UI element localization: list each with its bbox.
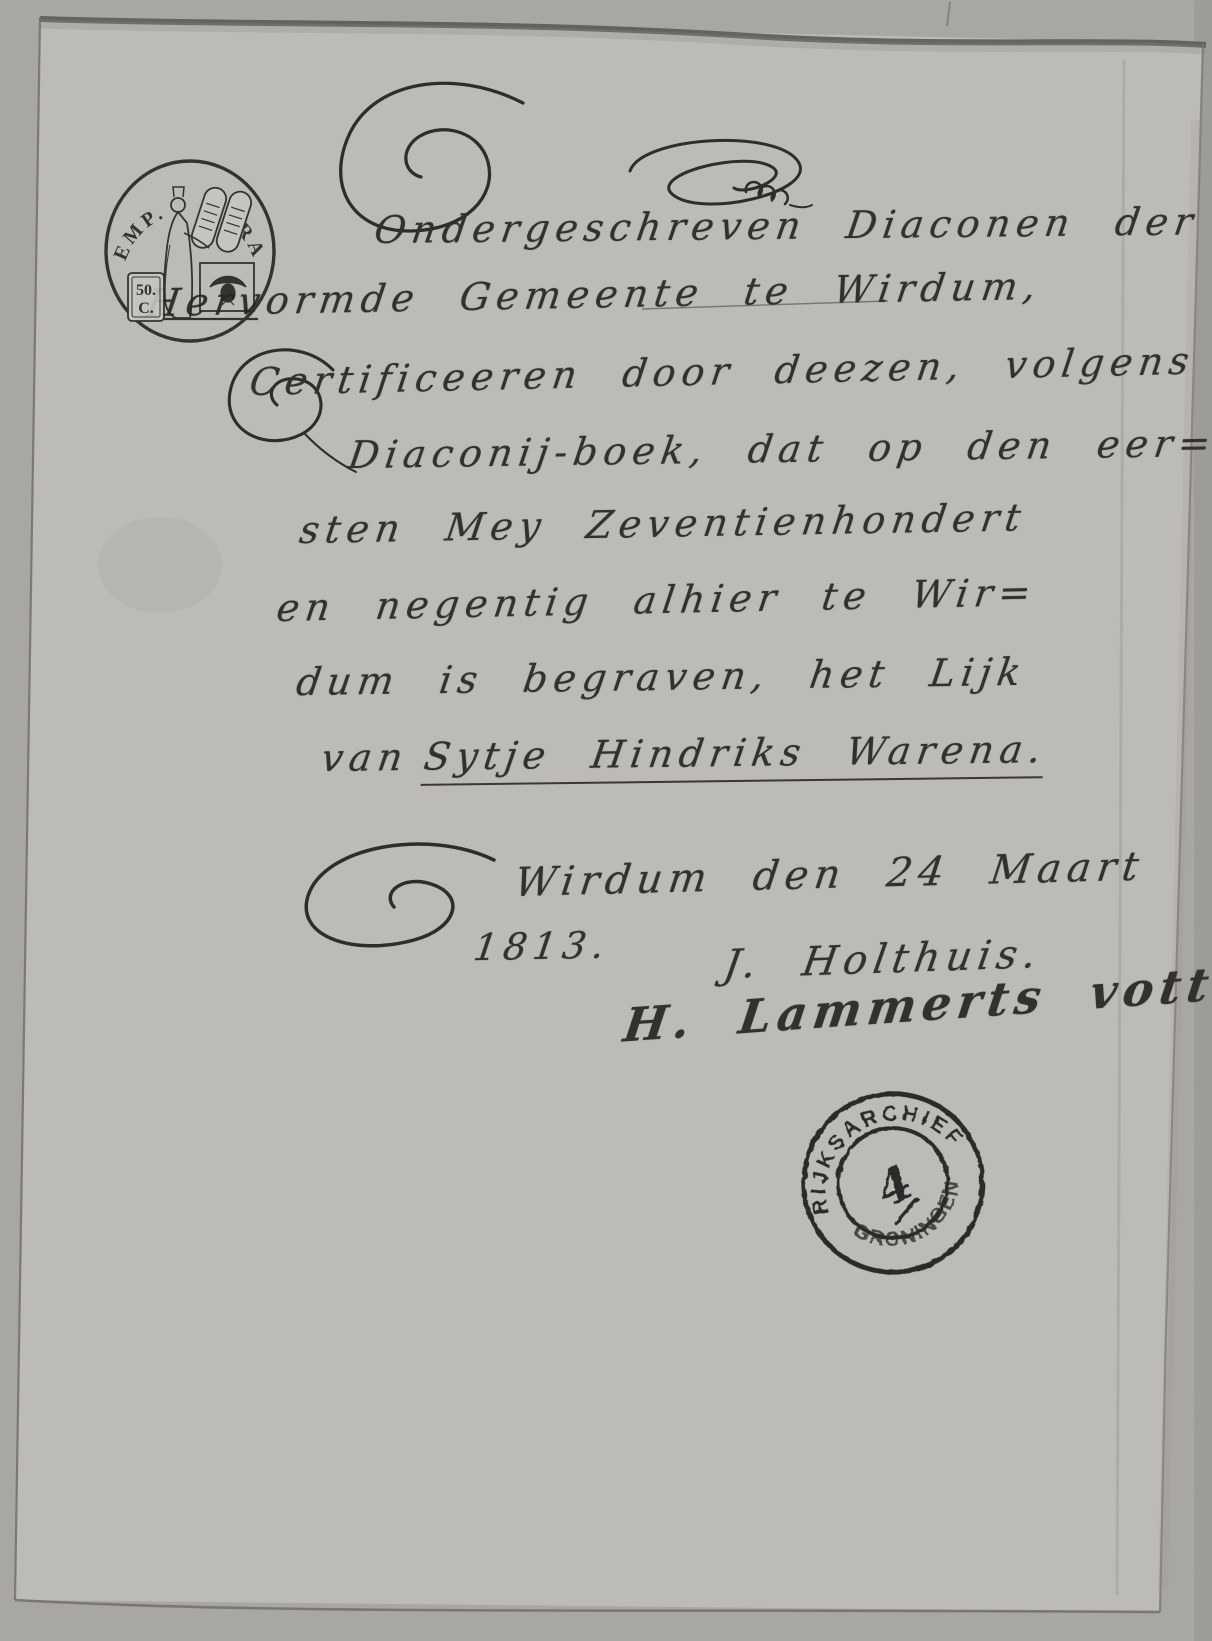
denomination-value: 50. [136,282,156,299]
eagle-icon [200,263,254,311]
handwritten-line-name: vanSytje Hindriks Warena. [319,727,1050,780]
revenue-stamp-left-caption: EMP. [109,201,169,264]
archive-stamp-bottom-text: GRONINGEN [843,1169,980,1272]
archive-stamp-number: 4 [868,1155,922,1219]
denomination-plaque: 50. C. [128,273,164,321]
handwritten-line-1: Ondergeschreven Diaconen der [371,199,1201,252]
deceased-name: Sytje Hindriks Warena. [420,727,1050,786]
dateline-year: 1813. [471,924,613,969]
revenue-stamp-emp-fran: EMP. FRAN. [100,155,280,347]
paper-stain [98,517,222,613]
denomination-currency: C. [138,300,154,317]
scanned-burial-certificate: EMP. FRAN. [0,0,1212,1641]
name-prefix: van [319,735,412,780]
